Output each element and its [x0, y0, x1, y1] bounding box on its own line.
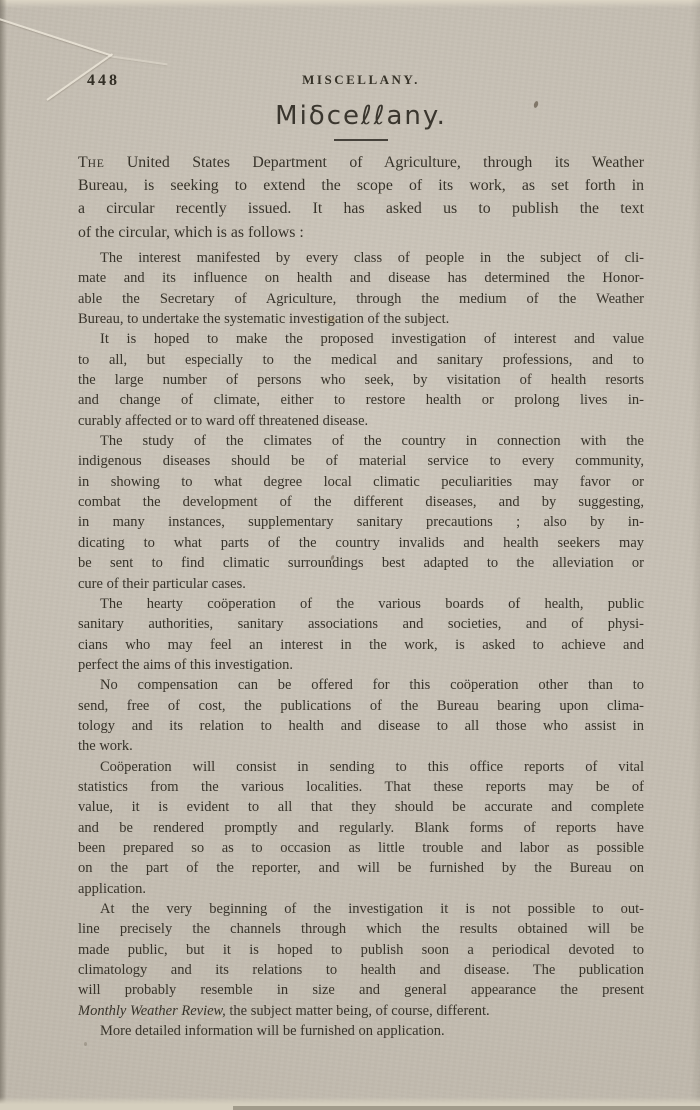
- text-line: Bureau, to undertake the systematic inve…: [78, 309, 644, 329]
- text-line: It is hoped to make the proposed investi…: [78, 329, 644, 349]
- text-line: the work.: [78, 736, 644, 756]
- text-line: curably affected or to ward off threaten…: [78, 411, 644, 431]
- paragraph: It is hoped to make the proposed investi…: [78, 329, 644, 431]
- text-line: The study of the climates of the country…: [78, 431, 644, 451]
- scan-edge-top: [0, 0, 700, 8]
- paper-crease: [0, 17, 112, 57]
- text-line: No compensation can be offered for this …: [78, 675, 644, 695]
- text-line: to all, but especially to the medical an…: [78, 350, 644, 370]
- text-line: Coöperation will consist in sending to t…: [78, 757, 644, 777]
- paper-crease: [108, 55, 168, 65]
- text-line: combat the development of the different …: [78, 492, 644, 512]
- text-line: The interest manifested by every class o…: [78, 248, 644, 268]
- italic-citation: Monthly Weather Review,: [78, 1003, 226, 1019]
- intro-paragraph: THE United States Department of Agricult…: [78, 151, 644, 244]
- text-line: of the circular, which is as follows :: [78, 221, 644, 244]
- paragraph: The interest manifested by every class o…: [78, 248, 644, 329]
- text-line: climatology and its relations to health …: [78, 960, 644, 980]
- paragraph: At the very beginning of the investigati…: [78, 899, 644, 1021]
- text-line: able the Secretary of Agriculture, throu…: [78, 289, 644, 309]
- text-line: in many instances, supplementary sanitar…: [78, 512, 644, 532]
- section-title: Miδceℓℓany.: [78, 101, 644, 131]
- paragraph: No compensation can be offered for this …: [78, 675, 644, 756]
- text-line: in showing to what degree local climatic…: [78, 472, 644, 492]
- text-line: tology and its relation to health and di…: [78, 716, 644, 736]
- title-divider-rule: [334, 139, 388, 141]
- ink-speck: [84, 1042, 87, 1046]
- text-line: and change of climate, either to restore…: [78, 390, 644, 410]
- text-line: on the part of the reporter, and will be…: [78, 858, 644, 878]
- scan-edge-right: [691, 0, 700, 1110]
- paragraph: The study of the climates of the country…: [78, 431, 644, 594]
- text-line: be sent to find climatic surroundings be…: [78, 553, 644, 573]
- text-line: cians who may feel an interest in the wo…: [78, 635, 644, 655]
- scanned-book-page: 448 MISCELLANY. Miδceℓℓany. THE United S…: [0, 0, 700, 1110]
- text-line: made public, but it is hoped to publish …: [78, 940, 644, 960]
- circular-body: The interest manifested by every class o…: [78, 248, 644, 1041]
- text-line: will probably resemble in size and gener…: [78, 980, 644, 1000]
- text-line: perfect the aims of this investigation.: [78, 655, 644, 675]
- running-header: MISCELLANY.: [78, 72, 644, 88]
- page-number: 448: [87, 72, 120, 90]
- text-line: application.: [78, 879, 644, 899]
- text-line: indigenous diseases should be of materia…: [78, 451, 644, 471]
- text-line: a circular recently issued. It has asked…: [78, 197, 644, 220]
- text-line: More detailed information will be furnis…: [78, 1021, 644, 1041]
- paragraph: The hearty coöperation of the various bo…: [78, 594, 644, 675]
- text-line: and be rendered promptly and regularly. …: [78, 818, 644, 838]
- paragraph: Coöperation will consist in sending to t…: [78, 757, 644, 899]
- text-line: send, free of cost, the publications of …: [78, 696, 644, 716]
- scan-edge-bottom-shadow: [233, 1106, 700, 1110]
- text-line: Monthly Weather Review, the subject matt…: [78, 1001, 644, 1021]
- text-line: At the very beginning of the investigati…: [78, 899, 644, 919]
- text-line: been prepared so as to occasion as littl…: [78, 838, 644, 858]
- text-line: dicating to what parts of the country in…: [78, 533, 644, 553]
- text-line: mate and its influence on health and dis…: [78, 268, 644, 288]
- page-header: 448 MISCELLANY.: [78, 72, 644, 92]
- section-title-block: Miδceℓℓany.: [78, 101, 644, 141]
- text-line: The hearty coöperation of the various bo…: [78, 594, 644, 614]
- text-line: THE United States Department of Agricult…: [78, 151, 644, 174]
- text-line: cure of their particular cases.: [78, 574, 644, 594]
- paragraph: THE United States Department of Agricult…: [78, 151, 644, 244]
- text-line: Bureau, is seeking to extend the scope o…: [78, 174, 644, 197]
- text-line: statistics from the various localities. …: [78, 777, 644, 797]
- paragraph: More detailed information will be furnis…: [78, 1021, 644, 1041]
- text-line: sanitary authorities, sanitary associati…: [78, 614, 644, 634]
- text-line: the large number of persons who seek, by…: [78, 370, 644, 390]
- text-line: value, it is evident to all that they sh…: [78, 797, 644, 817]
- scan-edge-left: [0, 0, 7, 1110]
- text-line: line precisely the channels through whic…: [78, 919, 644, 939]
